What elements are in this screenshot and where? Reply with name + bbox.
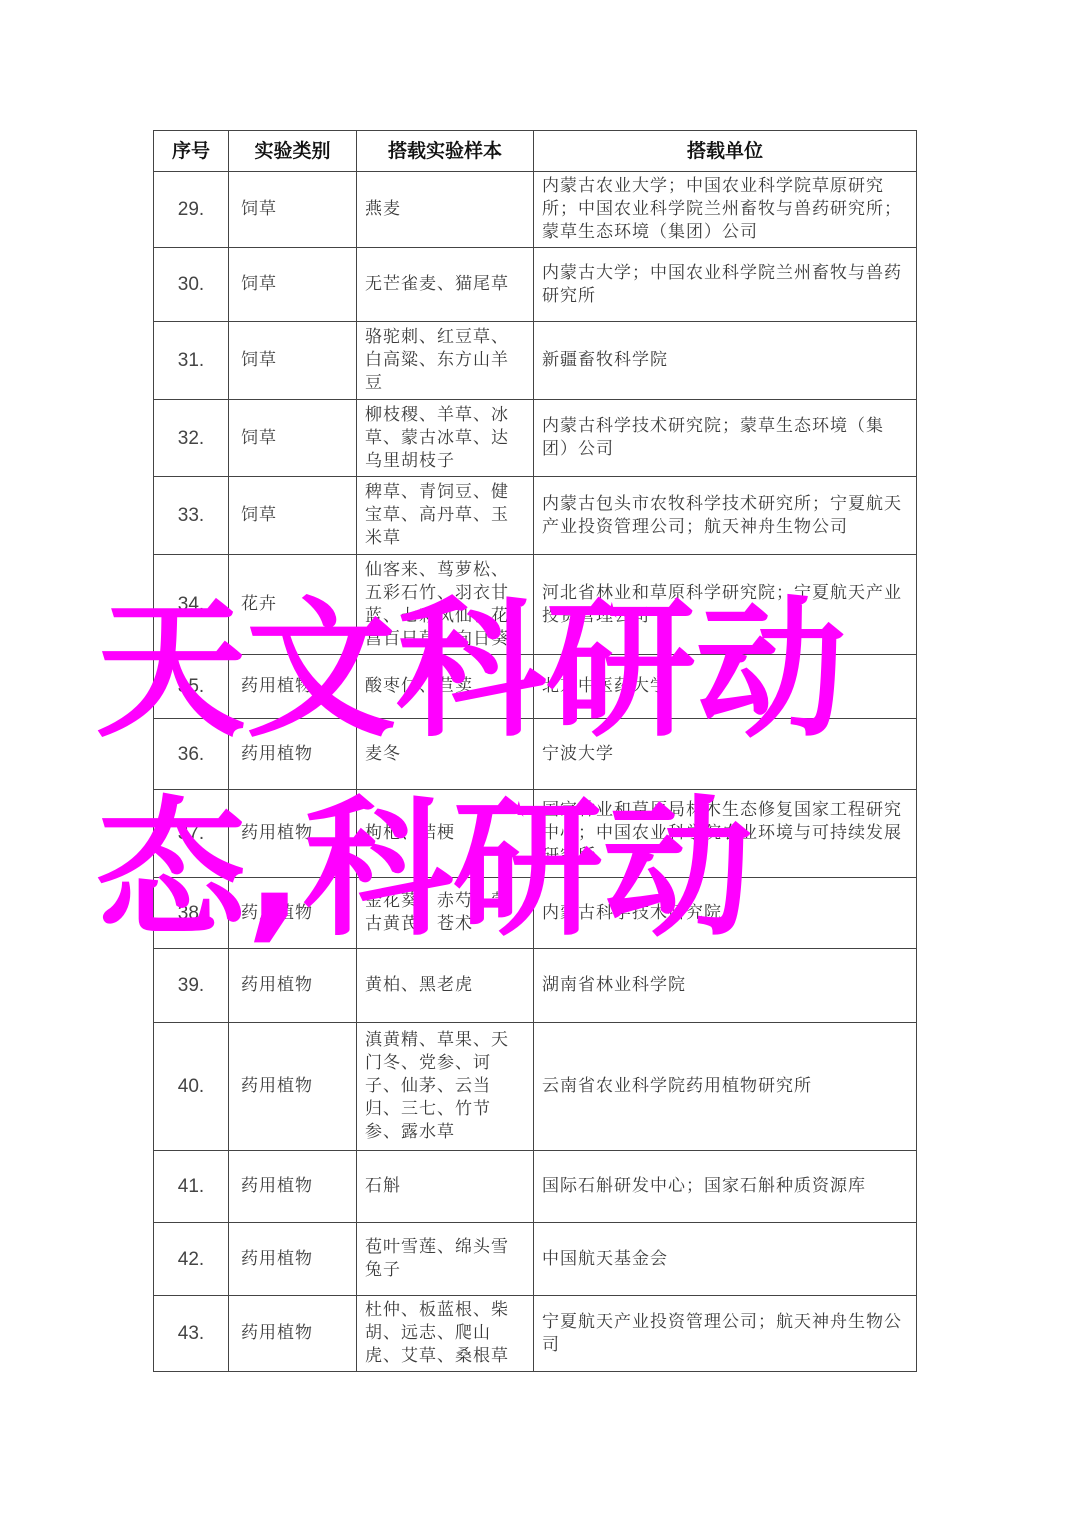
cell-no: 36. <box>154 719 229 790</box>
cell-no: 42. <box>154 1223 229 1296</box>
document-page: 序号 实验类别 搭载实验样本 搭载单位 29.饲草燕麦内蒙古农业大学；中国农业科… <box>0 0 1080 1527</box>
cell-samples: 金花葵、赤芍、蒙古黄芪、苍术 <box>357 878 534 949</box>
cell-no: 33. <box>154 477 229 555</box>
table-row: 40.药用植物滇黄精、草果、天门冬、党参、诃子、仙茅、云当归、三七、竹节参、露水… <box>154 1023 917 1151</box>
cell-units: 云南省农业科学院药用植物研究所 <box>534 1023 917 1151</box>
cell-no: 40. <box>154 1023 229 1151</box>
table-row: 35.药用植物酸枣仁、苣荬北京中医药大学 <box>154 655 917 719</box>
cell-no: 35. <box>154 655 229 719</box>
cell-no: 39. <box>154 949 229 1023</box>
cell-units: 国际石斛研发中心；国家石斛种质资源库 <box>534 1151 917 1223</box>
cell-samples: 枸杞、桔梗 <box>357 790 534 878</box>
cell-units: 内蒙古科学技术研究院；蒙草生态环境（集团）公司 <box>534 400 917 477</box>
cell-samples: 燕麦 <box>357 172 534 248</box>
table-row: 33.饲草稗草、青饲豆、健宝草、高丹草、玉米草内蒙古包头市农牧科学技术研究所；宁… <box>154 477 917 555</box>
table-row: 31.饲草骆驼刺、红豆草、白高粱、东方山羊豆新疆畜牧科学院 <box>154 322 917 400</box>
table-header-row: 序号 实验类别 搭载实验样本 搭载单位 <box>154 131 917 172</box>
cell-samples: 黄柏、黑老虎 <box>357 949 534 1023</box>
table-row: 29.饲草燕麦内蒙古农业大学；中国农业科学院草原研究所；中国农业科学院兰州畜牧与… <box>154 172 917 248</box>
table-row: 41.药用植物石斛国际石斛研发中心；国家石斛种质资源库 <box>154 1151 917 1223</box>
cell-category: 饲草 <box>229 322 357 400</box>
cell-units: 宁夏航天产业投资管理公司；航天神舟生物公司 <box>534 1296 917 1372</box>
table-row: 32.饲草柳枝稷、羊草、冰草、蒙古冰草、达乌里胡枝子内蒙古科学技术研究院；蒙草生… <box>154 400 917 477</box>
table-row: 34.花卉仙客来、茑萝松、五彩石竹、羽衣甘蓝、七彩凤仙、花菖百日草、向日葵河北省… <box>154 555 917 655</box>
cell-samples: 麦冬 <box>357 719 534 790</box>
cell-units: 内蒙古农业大学；中国农业科学院草原研究所；中国农业科学院兰州畜牧与兽药研究所；蒙… <box>534 172 917 248</box>
cell-units: 国家林业和草原局林木生态修复国家工程研究中心；中国农业科学院农业环境与可持续发展… <box>534 790 917 878</box>
cell-samples: 稗草、青饲豆、健宝草、高丹草、玉米草 <box>357 477 534 555</box>
cell-samples: 滇黄精、草果、天门冬、党参、诃子、仙茅、云当归、三七、竹节参、露水草 <box>357 1023 534 1151</box>
cell-category: 饲草 <box>229 172 357 248</box>
cell-no: 30. <box>154 248 229 322</box>
cell-no: 41. <box>154 1151 229 1223</box>
cell-no: 37. <box>154 790 229 878</box>
cell-category: 药用植物 <box>229 719 357 790</box>
table-row: 39.药用植物黄柏、黑老虎湖南省林业科学院 <box>154 949 917 1023</box>
cell-units: 北京中医药大学 <box>534 655 917 719</box>
cell-units: 内蒙古包头市农牧科学技术研究所；宁夏航天产业投资管理公司；航天神舟生物公司 <box>534 477 917 555</box>
cell-no: 29. <box>154 172 229 248</box>
cell-samples: 杜仲、板蓝根、柴胡、远志、爬山虎、艾草、桑根草 <box>357 1296 534 1372</box>
cell-no: 43. <box>154 1296 229 1372</box>
cell-units: 内蒙古科学技术研究院 <box>534 878 917 949</box>
cell-samples: 酸枣仁、苣荬 <box>357 655 534 719</box>
header-category: 实验类别 <box>229 131 357 172</box>
cell-samples: 无芒雀麦、猫尾草 <box>357 248 534 322</box>
table-row: 30.饲草无芒雀麦、猫尾草内蒙古大学；中国农业科学院兰州畜牧与兽药研究所 <box>154 248 917 322</box>
cell-category: 花卉 <box>229 555 357 655</box>
cell-samples: 仙客来、茑萝松、五彩石竹、羽衣甘蓝、七彩凤仙、花菖百日草、向日葵 <box>357 555 534 655</box>
cell-units: 河北省林业和草原科学研究院；宁夏航天产业投资管理公司 <box>534 555 917 655</box>
cell-category: 药用植物 <box>229 1296 357 1372</box>
cell-no: 32. <box>154 400 229 477</box>
cell-units: 新疆畜牧科学院 <box>534 322 917 400</box>
cell-units: 湖南省林业科学院 <box>534 949 917 1023</box>
cell-samples: 柳枝稷、羊草、冰草、蒙古冰草、达乌里胡枝子 <box>357 400 534 477</box>
cell-category: 药用植物 <box>229 790 357 878</box>
table-row: 37.药用植物枸杞、桔梗国家林业和草原局林木生态修复国家工程研究中心；中国农业科… <box>154 790 917 878</box>
cell-category: 药用植物 <box>229 949 357 1023</box>
cell-category: 药用植物 <box>229 878 357 949</box>
cell-category: 饲草 <box>229 477 357 555</box>
cell-category: 饲草 <box>229 400 357 477</box>
cell-units: 内蒙古大学；中国农业科学院兰州畜牧与兽药研究所 <box>534 248 917 322</box>
table-row: 43.药用植物杜仲、板蓝根、柴胡、远志、爬山虎、艾草、桑根草宁夏航天产业投资管理… <box>154 1296 917 1372</box>
cell-category: 饲草 <box>229 248 357 322</box>
table-row: 38.药用植物金花葵、赤芍、蒙古黄芪、苍术内蒙古科学技术研究院 <box>154 878 917 949</box>
cell-no: 31. <box>154 322 229 400</box>
cell-units: 中国航天基金会 <box>534 1223 917 1296</box>
table-row: 42.药用植物苞叶雪莲、绵头雪兔子中国航天基金会 <box>154 1223 917 1296</box>
header-no: 序号 <box>154 131 229 172</box>
cell-no: 34. <box>154 555 229 655</box>
cell-units: 宁波大学 <box>534 719 917 790</box>
header-samples: 搭载实验样本 <box>357 131 534 172</box>
cell-no: 38. <box>154 878 229 949</box>
cell-category: 药用植物 <box>229 655 357 719</box>
cell-category: 药用植物 <box>229 1023 357 1151</box>
table-body: 29.饲草燕麦内蒙古农业大学；中国农业科学院草原研究所；中国农业科学院兰州畜牧与… <box>154 172 917 1372</box>
cell-samples: 石斛 <box>357 1151 534 1223</box>
cell-samples: 骆驼刺、红豆草、白高粱、东方山羊豆 <box>357 322 534 400</box>
experiment-table: 序号 实验类别 搭载实验样本 搭载单位 29.饲草燕麦内蒙古农业大学；中国农业科… <box>153 130 917 1372</box>
cell-category: 药用植物 <box>229 1151 357 1223</box>
header-units: 搭载单位 <box>534 131 917 172</box>
table-row: 36.药用植物麦冬宁波大学 <box>154 719 917 790</box>
cell-category: 药用植物 <box>229 1223 357 1296</box>
cell-samples: 苞叶雪莲、绵头雪兔子 <box>357 1223 534 1296</box>
